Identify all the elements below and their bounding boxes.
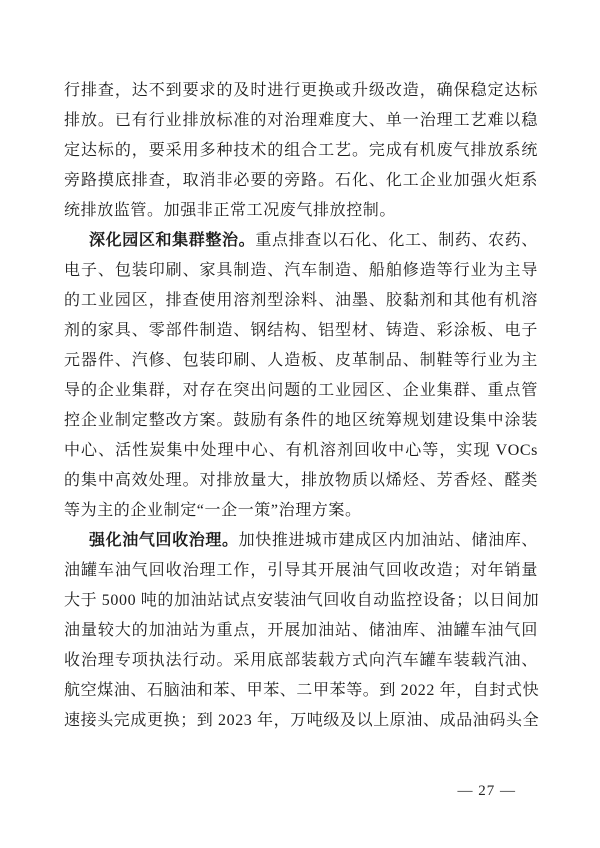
line-text: 电子、包装印刷、家具制造、汽车制造、船舶修造等行业为主导 — [64, 262, 538, 279]
text-line: 排放。已有行业排放标准的对治理难度大、单一治理工艺难以稳 — [64, 106, 538, 136]
text-line: 行排查，达不到要求的及时进行更换或升级改造，确保稳定达标 — [64, 76, 538, 106]
line-text: 元器件、汽修、包装印刷、人造板、皮革制品、制鞋等行业为主 — [64, 352, 538, 369]
text-line: 大于 5000 吨的加油站试点安装油气回收自动监控设备；以日间加 — [64, 586, 538, 616]
line-text: 大于 5000 吨的加油站试点安装油气回收自动监控设备；以日间加 — [64, 592, 539, 609]
line-text: 导的企业集群，对存在突出问题的工业园区、企业集群、重点管 — [64, 382, 538, 399]
text-line: 定达标的，要采用多种技术的组合工艺。完成有机废气排放系统 — [64, 136, 538, 166]
text-line: 旁路摸底排查，取消非必要的旁路。石化、化工企业加强火炬系 — [64, 166, 538, 196]
document-page: 行排查，达不到要求的及时进行更换或升级改造，确保稳定达标 排放。已有行业排放标准… — [0, 0, 600, 848]
line-text: 等为主的企业制定“一企一策”治理方案。 — [64, 502, 362, 519]
line-text: 重点排查以石化、化工、制药、农药、 — [255, 232, 538, 249]
line-text: 定达标的，要采用多种技术的组合工艺。完成有机废气排放系统 — [64, 142, 538, 159]
text-line: 元器件、汽修、包装印刷、人造板、皮革制品、制鞋等行业为主 — [64, 346, 538, 376]
line-text: 油量较大的加油站为重点，开展加油站、储油库、油罐车油气回 — [64, 622, 538, 639]
paragraph-heading-line: 深化园区和集群整治。重点排查以石化、化工、制药、农药、 — [64, 226, 538, 256]
line-text: 统排放监管。加强非正常工况废气排放控制。 — [64, 202, 396, 219]
line-text: 旁路摸底排查，取消非必要的旁路。石化、化工企业加强火炬系 — [64, 172, 538, 189]
line-text: 排放。已有行业排放标准的对治理难度大、单一治理工艺难以稳 — [64, 112, 538, 129]
text-line: 航空煤油、石脑油和苯、甲苯、二甲苯等。到 2022 年，自封式快 — [64, 676, 538, 706]
text-line: 收治理专项执法行动。采用底部装载方式向汽车罐车装载汽油、 — [64, 646, 538, 676]
text-line: 的工业园区，排查使用溶剂型涂料、油墨、胶黏剂和其他有机溶 — [64, 286, 538, 316]
line-text: 收治理专项执法行动。采用底部装载方式向汽车罐车装载汽油、 — [64, 652, 538, 669]
text-line: 导的企业集群，对存在突出问题的工业园区、企业集群、重点管 — [64, 376, 538, 406]
text-line: 剂的家具、零部件制造、钢结构、铝型材、铸造、彩涂板、电子 — [64, 316, 538, 346]
text-line: 油罐车油气回收治理工作，引导其开展油气回收改造；对年销量 — [64, 556, 538, 586]
line-text: 航空煤油、石脑油和苯、甲苯、二甲苯等。到 2022 年，自封式快 — [64, 682, 539, 699]
line-text: 行排查，达不到要求的及时进行更换或升级改造，确保稳定达标 — [64, 82, 538, 99]
line-text: 油罐车油气回收治理工作，引导其开展油气回收改造；对年销量 — [64, 562, 538, 579]
text-line: 中心、活性炭集中处理中心、有机溶剂回收中心等，实现 VOCs — [64, 436, 538, 466]
text-line: 油量较大的加油站为重点，开展加油站、储油库、油罐车油气回 — [64, 616, 538, 646]
text-line: 速接头完成更换；到 2023 年，万吨级及以上原油、成品油码头全 — [64, 706, 538, 736]
paragraph-heading-line: 强化油气回收治理。加快推进城市建成区内加油站、储油库、 — [64, 526, 538, 556]
text-block: 行排查，达不到要求的及时进行更换或升级改造，确保稳定达标 排放。已有行业排放标准… — [64, 76, 538, 736]
text-line: 等为主的企业制定“一企一策”治理方案。 — [64, 496, 538, 526]
line-text: 的集中高效处理。对排放量大，排放物质以烯烃、芳香烃、醛类 — [64, 472, 538, 489]
text-line: 控企业制定整改方案。鼓励有条件的地区统筹规划建设集中涂装 — [64, 406, 538, 436]
text-line: 电子、包装印刷、家具制造、汽车制造、船舶修造等行业为主导 — [64, 256, 538, 286]
paragraph-lead: 强化油气回收治理。 — [89, 532, 239, 549]
paragraph-lead: 深化园区和集群整治。 — [89, 232, 255, 249]
line-text: 加快推进城市建成区内加油站、储油库、 — [239, 532, 538, 549]
line-text: 速接头完成更换；到 2023 年，万吨级及以上原油、成品油码头全 — [64, 712, 539, 729]
text-line: 统排放监管。加强非正常工况废气排放控制。 — [64, 196, 538, 226]
page-number: — 27 — — [458, 782, 517, 800]
line-text: 的工业园区，排查使用溶剂型涂料、油墨、胶黏剂和其他有机溶 — [64, 292, 538, 309]
line-text: 剂的家具、零部件制造、钢结构、铝型材、铸造、彩涂板、电子 — [64, 322, 538, 339]
line-text: 控企业制定整改方案。鼓励有条件的地区统筹规划建设集中涂装 — [64, 412, 538, 429]
line-text: 中心、活性炭集中处理中心、有机溶剂回收中心等，实现 VOCs — [64, 442, 538, 459]
text-line: 的集中高效处理。对排放量大，排放物质以烯烃、芳香烃、醛类 — [64, 466, 538, 496]
